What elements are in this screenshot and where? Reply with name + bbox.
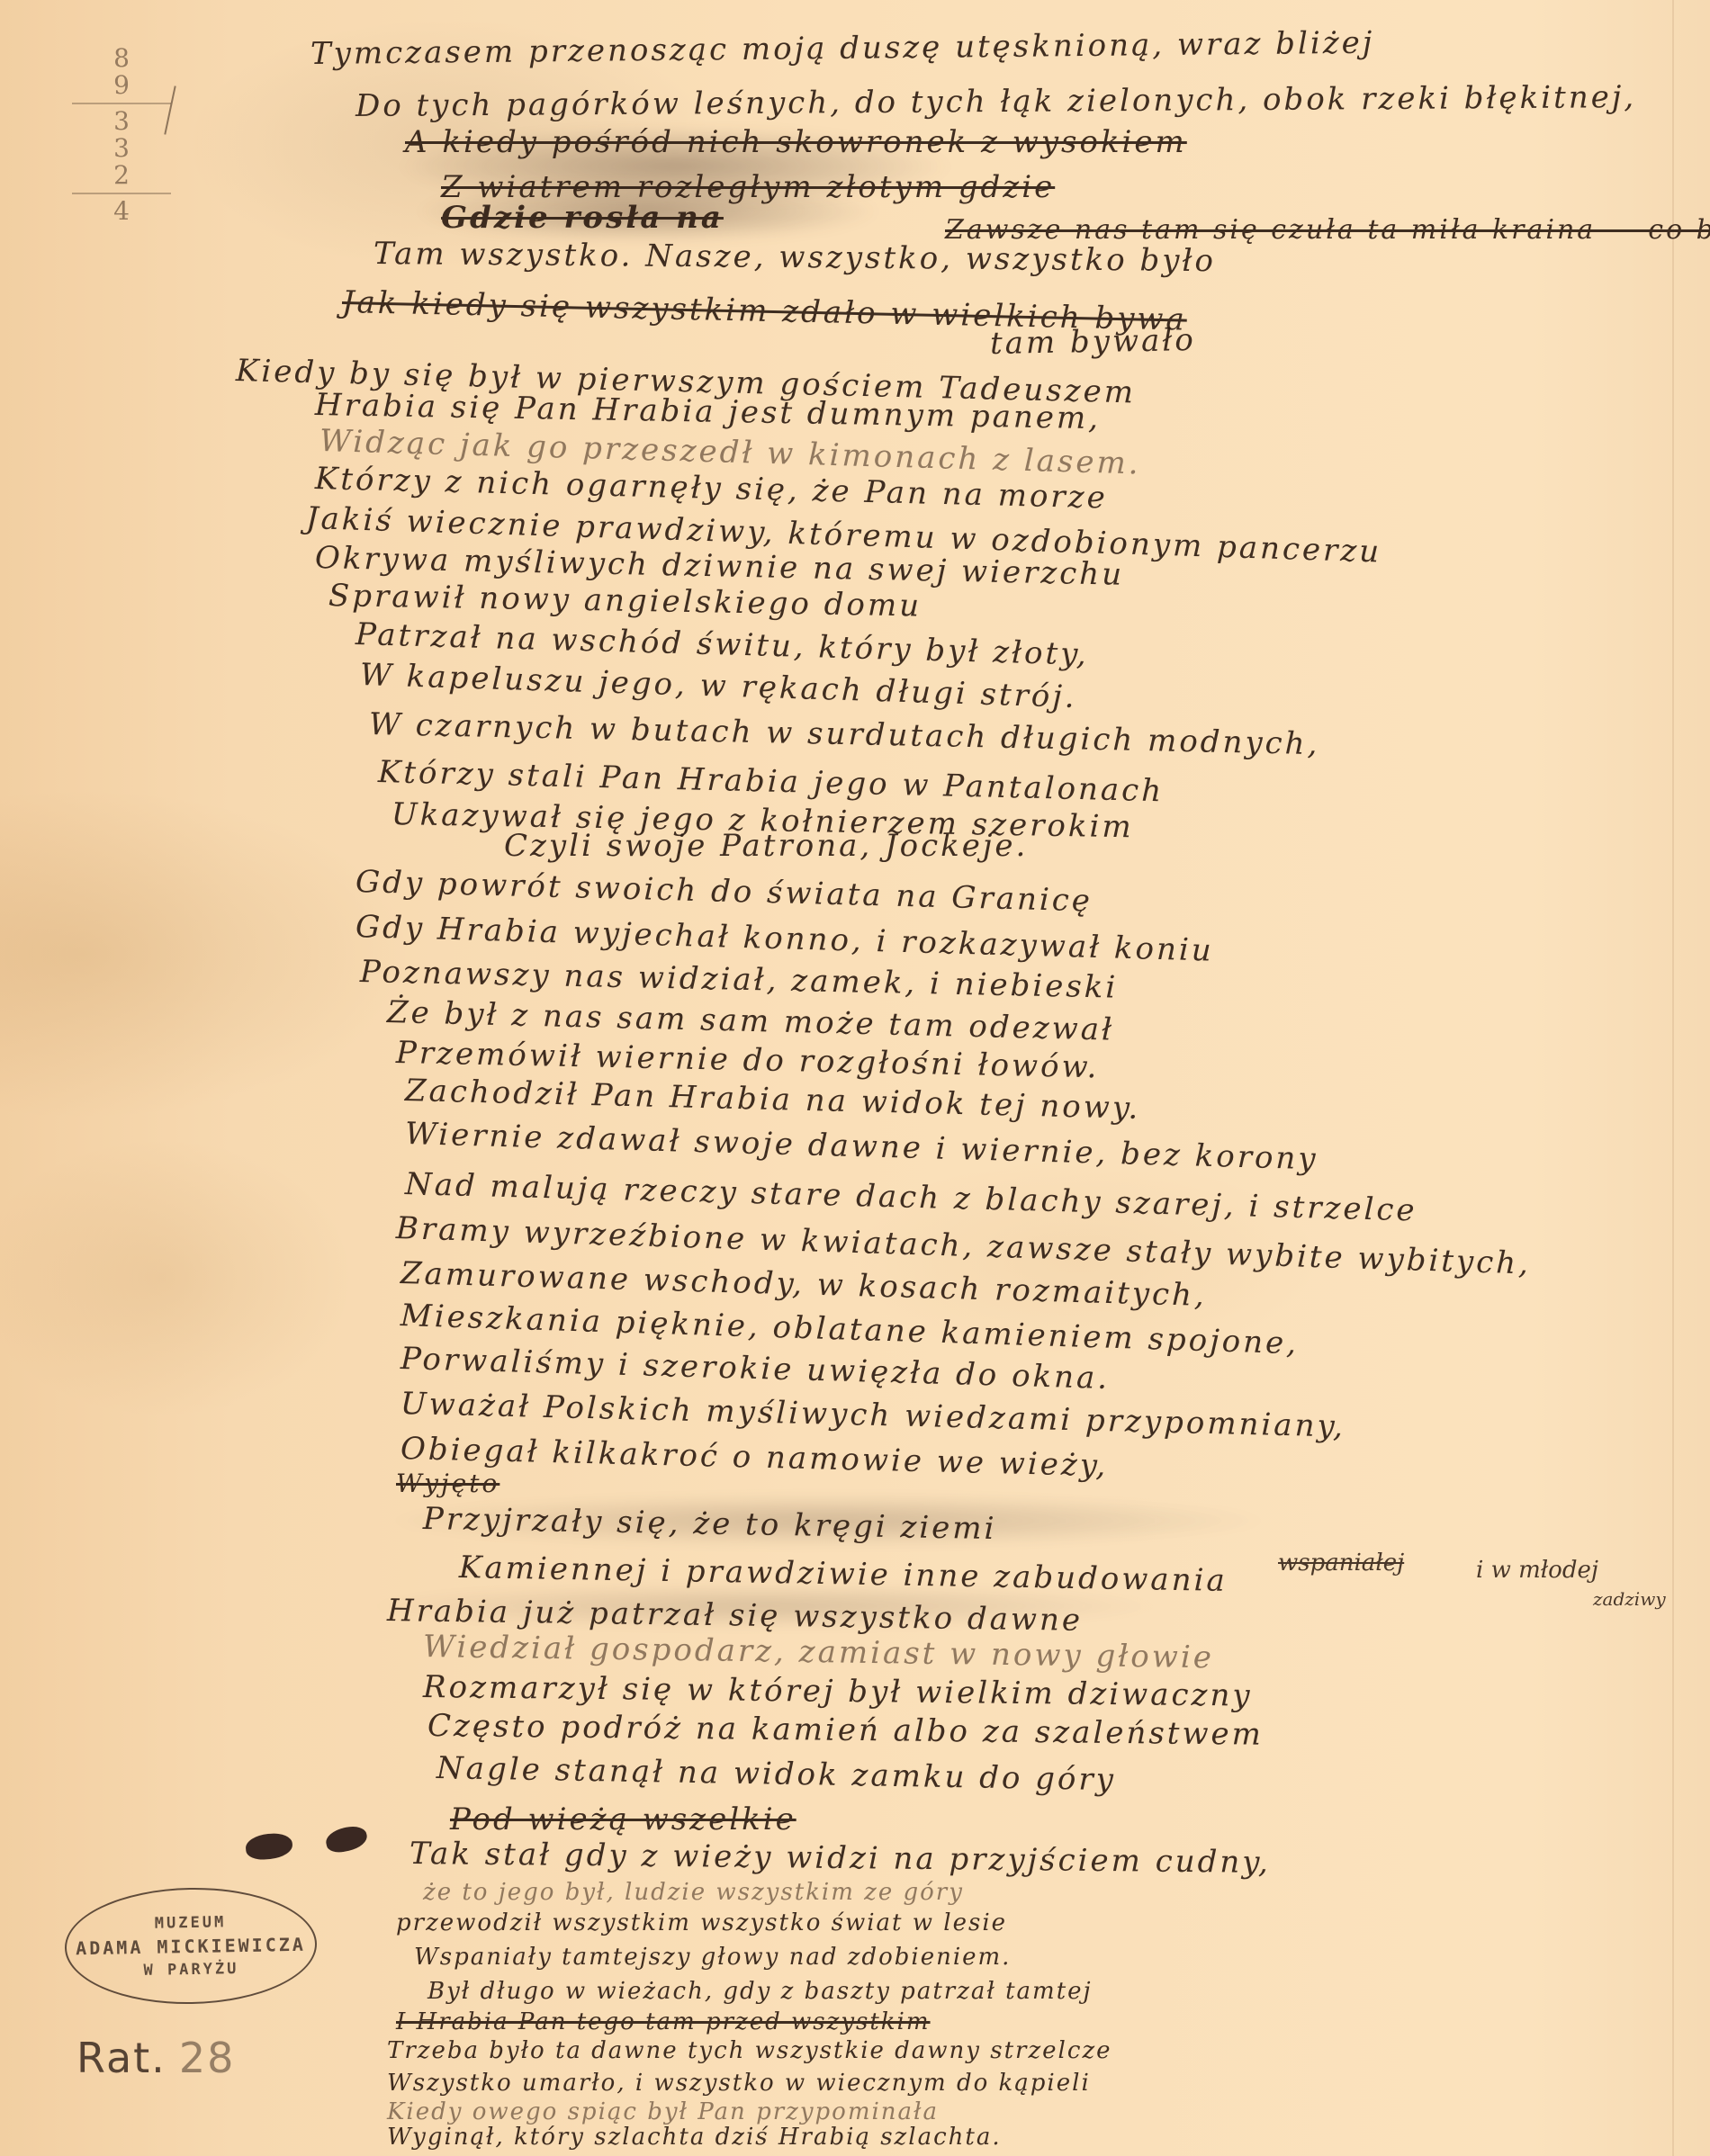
manuscript-line: Nagle stanął na widok zamku do góry bbox=[436, 1750, 1117, 1798]
margin-number: 8 bbox=[72, 45, 171, 72]
manuscript-line: Wspaniały tamtejszy głowy nad zdobieniem… bbox=[414, 1944, 1011, 1971]
margin-number: 4 bbox=[72, 198, 171, 225]
margin-annotation: zadziwy bbox=[1593, 1588, 1666, 1610]
manuscript-line: Wiedział gospodarz, zamiast w nowy głowi… bbox=[423, 1629, 1214, 1675]
manuscript-line: Obiegał kilkakroć o namowie we wieży, bbox=[400, 1431, 1109, 1484]
manuscript-line: że to jego był, ludzie wszystkim ze góry bbox=[423, 1879, 964, 1906]
margin-number: 3 bbox=[72, 135, 171, 162]
paper-fold-line bbox=[1672, 0, 1674, 2156]
manuscript-line-struck: I Hrabia Pan tego tam przed wszystkim bbox=[396, 2008, 931, 2035]
shelfmark-label: Rat. bbox=[76, 2034, 166, 2082]
ink-blot bbox=[324, 1824, 369, 1855]
shelfmark: Rat.28 bbox=[76, 2034, 235, 2082]
manuscript-line: tam bywało bbox=[990, 322, 1196, 362]
manuscript-line: Rozmarzył się w której był wielkim dziwa… bbox=[423, 1669, 1253, 1714]
margin-rule bbox=[72, 103, 171, 104]
stamp-line: ADAMA MICKIEWICZA bbox=[76, 1932, 306, 1959]
manuscript-line-struck: A kiedy pośród nich skowronek z wysokiem bbox=[405, 124, 1187, 160]
manuscript-line-struck: Pod wieżą wszelkie bbox=[450, 1801, 796, 1837]
manuscript-line: Często podróż na kamień albo za szaleńst… bbox=[427, 1708, 1264, 1753]
manuscript-line: Trzeba było ta dawne tych wszystkie dawn… bbox=[387, 2037, 1112, 2064]
margin-rule bbox=[72, 193, 171, 194]
ink-blot bbox=[245, 1832, 293, 1861]
manuscript-line: Do tych pagórków leśnych, do tych łąk zi… bbox=[355, 79, 1636, 124]
manuscript-line: przewodził wszystkim wszystko świat w le… bbox=[396, 1909, 1007, 1936]
margin-annotation: i w młodej bbox=[1476, 1557, 1598, 1584]
museum-stamp: MUZEUM ADAMA MICKIEWICZA W PARYŻU bbox=[64, 1886, 318, 2007]
margin-number: 2 bbox=[72, 162, 171, 189]
margin-number: 9 bbox=[72, 72, 171, 99]
margin-number: 3 bbox=[72, 108, 171, 135]
manuscript-line: Tymczasem przenosząc moją duszę utęsknio… bbox=[310, 25, 1375, 72]
manuscript-line: Wszystko umarło, i wszystko w wiecznym d… bbox=[387, 2070, 1091, 2097]
manuscript-page: 8 9 3 3 2 4 Tymczasem przenosząc moją du… bbox=[0, 0, 1710, 2156]
stamp-line: W PARYŻU bbox=[143, 1957, 238, 1982]
shelfmark-number: 28 bbox=[179, 2034, 236, 2082]
manuscript-line: Tam wszystko. Nasze, wszystko, wszystko … bbox=[373, 236, 1216, 279]
margin-annotation-struck: wspaniałej bbox=[1278, 1550, 1404, 1577]
manuscript-line: Był długo w wieżach, gdy z baszty patrza… bbox=[427, 1978, 1093, 2005]
manuscript-line: Wiernie zdawał swoje dawne i wiernie, be… bbox=[404, 1116, 1318, 1177]
manuscript-line: Wyginął, który szlachta dziś Hrabią szla… bbox=[387, 2124, 1002, 2151]
stamp-line: MUZEUM bbox=[155, 1910, 227, 1935]
manuscript-line: Gdy powrót swoich do świata na Granicę bbox=[355, 864, 1093, 919]
margin-page-numbers: 8 9 3 3 2 4 bbox=[72, 45, 171, 225]
manuscript-line: Kiedy owego spiąc był Pan przypominała bbox=[387, 2098, 939, 2125]
manuscript-line: Czyli swoje Patrona, Jockeje. bbox=[504, 828, 1028, 864]
manuscript-line-struck: Gdzie rosła na bbox=[441, 200, 724, 236]
manuscript-line-struck: Wyjęto bbox=[396, 1469, 499, 1498]
manuscript-line: W czarnych w butach w surdutach długich … bbox=[369, 706, 1320, 762]
manuscript-line: Tak stał gdy z wieży widzi na przyjściem… bbox=[409, 1836, 1271, 1881]
